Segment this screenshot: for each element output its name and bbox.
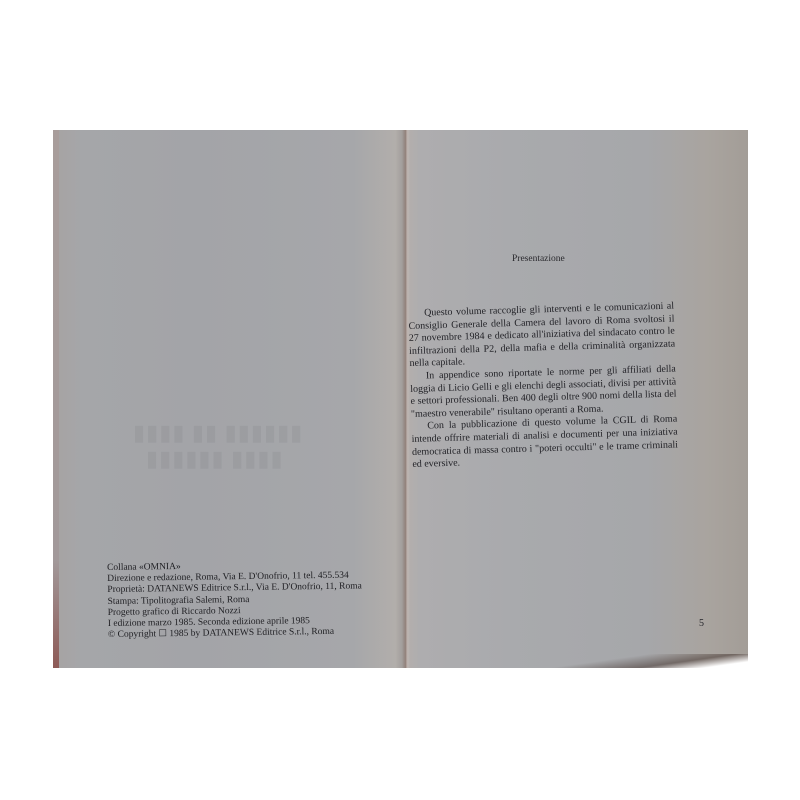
paragraph-3: Con la pubblicazione di questo volume la… — [411, 414, 678, 472]
colophon: Collana «OMNIA» Direzione e redazione, R… — [107, 559, 406, 642]
right-page: Presentazione Questo volume raccoglie gl… — [406, 130, 748, 668]
page-heading: Presentazione — [512, 254, 565, 264]
paragraph-1: Questo volume raccoglie gli interventi e… — [408, 301, 676, 371]
left-page-edge — [53, 130, 59, 668]
show-through-text: ▮▮▮▮ ▮▮ ▮▮▮▮▮▮ ▮▮▮▮▮▮ ▮▮▮▮ — [133, 420, 363, 472]
paragraph-2: In appendice sono riportate le norme per… — [410, 364, 677, 422]
page-bottom-shadow — [406, 654, 748, 668]
presentation-body: Questo volume raccoglie gli interventi e… — [408, 301, 678, 472]
photo-scene: ▮▮▮▮ ▮▮ ▮▮▮▮▮▮ ▮▮▮▮▮▮ ▮▮▮▮ Collana «OMNI… — [0, 0, 800, 800]
left-page: ▮▮▮▮ ▮▮ ▮▮▮▮▮▮ ▮▮▮▮▮▮ ▮▮▮▮ Collana «OMNI… — [53, 130, 406, 668]
book-spine-gutter — [402, 130, 410, 668]
page-number: 5 — [699, 618, 704, 629]
